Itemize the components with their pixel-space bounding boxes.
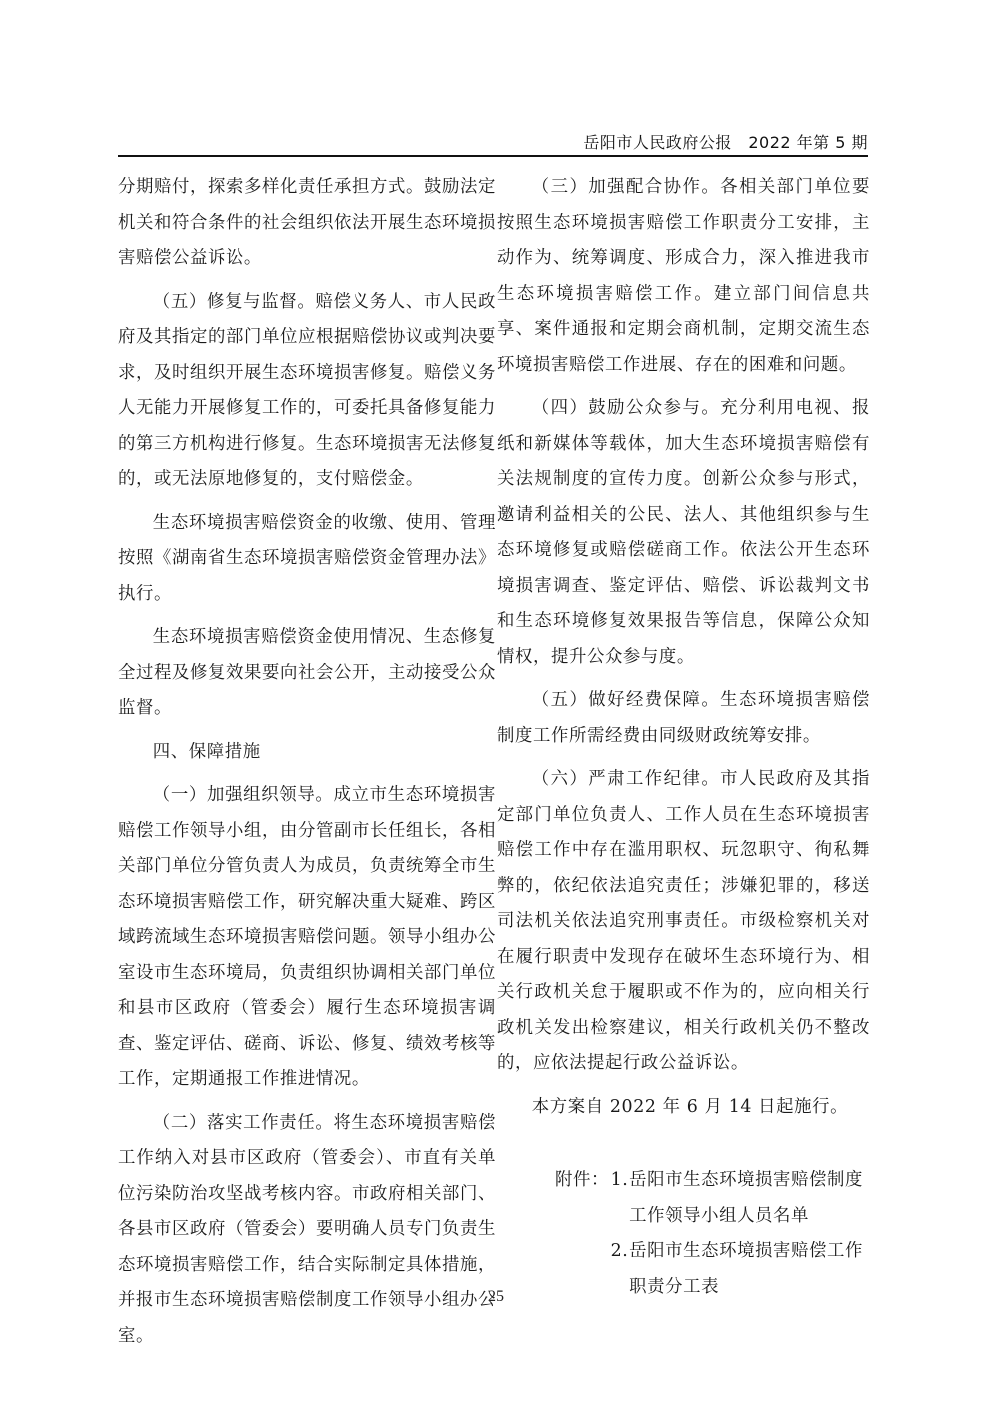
spacer [118, 498, 496, 506]
page-number: 25 [0, 1288, 992, 1306]
attachment-item: 附件： 1. 岳阳市生态环境损害赔偿制度工作领导小组人员名单 [497, 1163, 870, 1234]
spacer [118, 770, 496, 778]
paragraph-restoration-supervision: （五）修复与监督。赔偿义务人、市人民政府及其指定的部门单位应根据赔偿协议或判决要… [118, 285, 496, 498]
attachment-number: 1. [611, 1163, 630, 1234]
header-rule [118, 155, 868, 157]
paragraph-organization-leadership: （一）加强组织领导。成立市生态环境损害赔偿工作领导小组，由分管副市长任组长，各相… [118, 778, 496, 1098]
spacer [118, 1098, 496, 1106]
paragraph-discipline: （六）严肃工作纪律。市人民政府及其指定部门单位负责人、工作人员在生态环境损害赔偿… [497, 762, 870, 1082]
paragraph-coordination: （三）加强配合协作。各相关部门单位要按照生态环境损害赔偿工作职责分工安排，主动作… [497, 170, 870, 383]
spacer [118, 612, 496, 620]
spacer [497, 1125, 870, 1163]
right-column: （三）加强配合协作。各相关部门单位要按照生态环境损害赔偿工作职责分工安排，主动作… [497, 170, 870, 1305]
paragraph-funding: （五）做好经费保障。生态环境损害赔偿制度工作所需经费由同级财政统筹安排。 [497, 683, 870, 754]
paragraph-effective-date: 本方案自 2022 年 6 月 14 日起施行。 [497, 1090, 870, 1126]
paragraph-work-responsibility: （二）落实工作责任。将生态环境损害赔偿工作纳入对县市区政府（管委会）、市直有关单… [118, 1106, 496, 1355]
spacer [118, 277, 496, 285]
left-column: 分期赔付，探索多样化责任承担方式。鼓励法定机关和符合条件的社会组织依法开展生态环… [118, 170, 496, 1354]
paragraph-public-participation: （四）鼓励公众参与。充分利用电视、报纸和新媒体等载体，加大生态环境损害赔偿有关法… [497, 391, 870, 675]
spacer [118, 727, 496, 735]
spacer [497, 675, 870, 683]
paragraph-public-disclosure: 生态环境损害赔偿资金使用情况、生态修复全过程及修复效果要向社会公开，主动接受公众… [118, 620, 496, 727]
paragraph: 分期赔付，探索多样化责任承担方式。鼓励法定机关和符合条件的社会组织依法开展生态环… [118, 170, 496, 277]
attachments-list: 附件： 1. 岳阳市生态环境损害赔偿制度工作领导小组人员名单 2. 岳阳市生态环… [497, 1163, 870, 1305]
spacer [497, 383, 870, 391]
section-heading: 四、保障措施 [118, 735, 496, 771]
attachments-label: 附件： [555, 1163, 611, 1234]
paragraph-fund-management: 生态环境损害赔偿资金的收缴、使用、管理按照《湖南省生态环境损害赔偿资金管理办法》… [118, 506, 496, 613]
page-header: 岳阳市人民政府公报 2022 年第 5 期 [118, 126, 868, 156]
publication-title: 岳阳市人民政府公报 2022 年第 5 期 [583, 130, 868, 153]
spacer [497, 1082, 870, 1090]
spacer [497, 754, 870, 762]
attachment-title: 岳阳市生态环境损害赔偿制度工作领导小组人员名单 [629, 1163, 870, 1234]
